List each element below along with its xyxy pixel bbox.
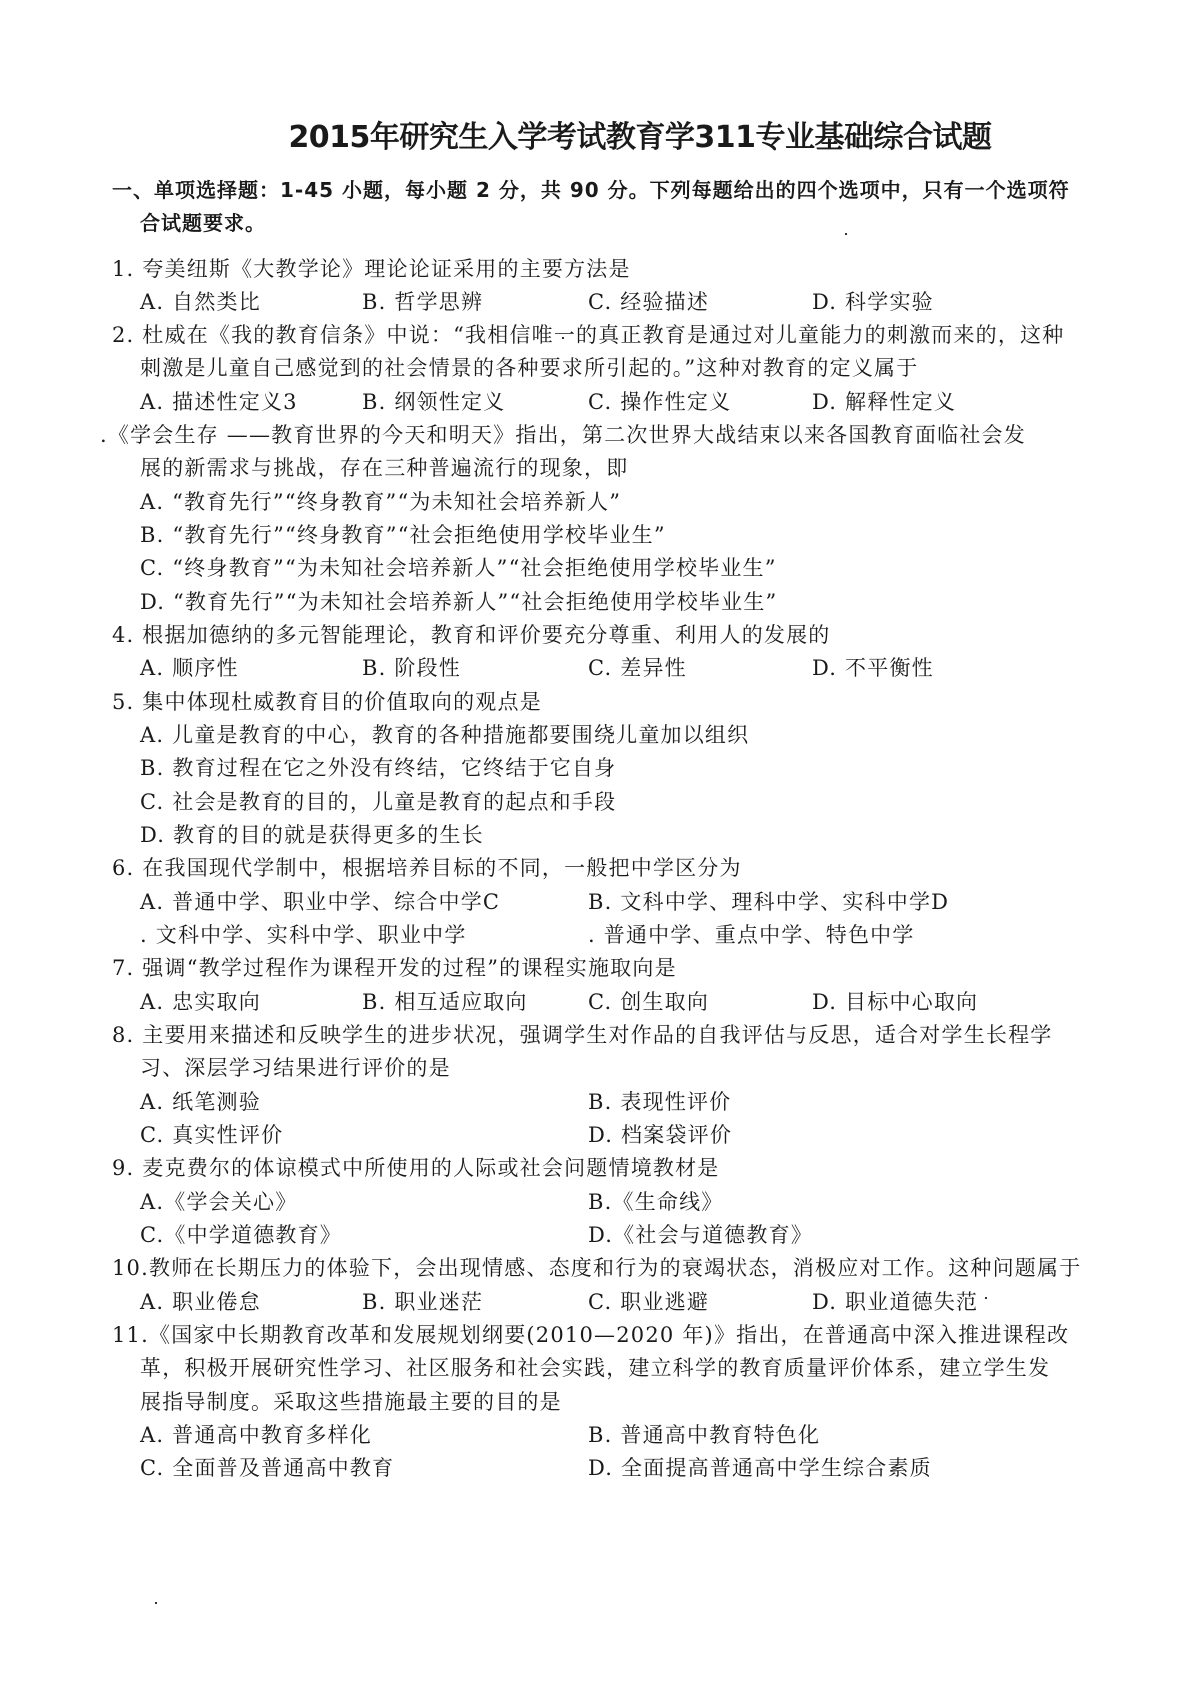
question-5-option-a: A. 儿童是教育的中心，教育的各种措施都要围绕儿童加以组织 <box>140 720 749 750</box>
question-10-option-b: B. 职业迷茫 <box>362 1287 483 1317</box>
question-11-stem-line-1: 11.《国家中长期教育改革和发展规划纲要(2010—2020 年)》指出，在普通… <box>112 1320 1069 1350</box>
question-2-stem-line-1: 2. 杜威在《我的教育信条》中说：“我相信唯一的真正教育是通过对儿童能力的刺激而… <box>112 320 1064 350</box>
question-7-option-a: A. 忠实取向 <box>140 987 261 1017</box>
question-1-option-a: A. 自然类比 <box>140 287 261 317</box>
question-11-option-c: C. 全面普及普通高中教育 <box>140 1453 394 1483</box>
question-9-option-b: B.《生命线》 <box>588 1187 724 1217</box>
question-10-option-d: D. 职业道德失范 <box>812 1287 978 1317</box>
question-10-stem: 10.教师在长期压力的体验下，会出现情感、态度和行为的衰竭状态，消极应对工作。这… <box>112 1253 1081 1283</box>
question-4-option-b: B. 阶段性 <box>362 653 461 683</box>
question-8-stem-line-2: 习、深层学习结果进行评价的是 <box>140 1053 451 1083</box>
scan-speck <box>985 1297 987 1299</box>
question-8-stem-line-1: 8. 主要用来描述和反映学生的进步状况，强调学生对作品的自我评估与反思，适合对学… <box>112 1020 1053 1050</box>
exam-title: 2015年研究生入学考试教育学311专业基础综合试题 <box>0 112 1190 156</box>
question-2-option-d: D. 解释性定义 <box>812 387 956 417</box>
question-8-option-d: D. 档案袋评价 <box>588 1120 732 1150</box>
question-3-option-d: D. “教育先行”“为未知社会培养新人”“社会拒绝使用学校毕业生” <box>140 587 777 617</box>
question-6-option-a: A. 普通中学、职业中学、综合中学C <box>140 887 500 917</box>
question-4-option-d: D. 不平衡性 <box>812 653 934 683</box>
question-5-option-c: C. 社会是教育的目的，儿童是教育的起点和手段 <box>140 787 616 817</box>
question-2-option-b: B. 纲领性定义 <box>362 387 505 417</box>
question-9-option-c: C.《中学道德教育》 <box>140 1220 342 1250</box>
question-3-stem-line-1: .《学会生存 ——教育世界的今天和明天》指出，第二次世界大战结束以来各国教育面临… <box>100 420 1026 450</box>
question-1-option-c: C. 经验描述 <box>588 287 709 317</box>
question-7-option-c: C. 创生取向 <box>588 987 709 1017</box>
question-3-stem-line-2: 展的新需求与挑战，存在三种普遍流行的现象，即 <box>140 453 628 483</box>
question-6-option-d: . 普通中学、重点中学、特色中学 <box>588 920 915 950</box>
question-8-option-a: A. 纸笔测验 <box>140 1087 261 1117</box>
question-11-stem-line-3: 展指导制度。采取这些措施最主要的目的是 <box>140 1387 562 1417</box>
question-4-option-a: A. 顺序性 <box>140 653 239 683</box>
question-4-stem: 4. 根据加德纳的多元智能理论，教育和评价要充分尊重、利用人的发展的 <box>112 620 831 650</box>
question-11-option-d: D. 全面提高普通高中学生综合素质 <box>588 1453 932 1483</box>
question-7-stem: 7. 强调“教学过程作为课程开发的过程”的课程实施取向是 <box>112 953 677 983</box>
question-11-option-b: B. 普通高中教育特色化 <box>588 1420 820 1450</box>
question-8-option-c: C. 真实性评价 <box>140 1120 283 1150</box>
question-1-option-b: B. 哲学思辨 <box>362 287 483 317</box>
question-5-stem: 5. 集中体现杜威教育目的价值取向的观点是 <box>112 687 542 717</box>
question-3-option-a: A. “教育先行”“终身教育”“为未知社会培养新人” <box>140 487 621 517</box>
question-7-option-d: D. 目标中心取向 <box>812 987 978 1017</box>
scan-speck <box>562 337 564 339</box>
exam-page: 2015年研究生入学考试教育学311专业基础综合试题 一、单项选择题：1-45 … <box>0 0 1190 1683</box>
section-instructions-line-1: 一、单项选择题：1-45 小题，每小题 2 分，共 90 分。下列每题给出的四个… <box>112 175 1070 205</box>
question-9-stem: 9. 麦克费尔的体谅模式中所使用的人际或社会问题情境教材是 <box>112 1153 720 1183</box>
scan-speck <box>155 1602 157 1604</box>
question-6-stem: 6. 在我国现代学制中，根据培养目标的不同，一般把中学区分为 <box>112 853 742 883</box>
question-1-option-d: D. 科学实验 <box>812 287 934 317</box>
question-9-option-a: A.《学会关心》 <box>140 1187 297 1217</box>
question-2-stem-line-2: 刺激是儿童自己感觉到的社会情景的各种要求所引起的。”这种对教育的定义属于 <box>140 353 918 383</box>
question-4-option-c: C. 差异性 <box>588 653 687 683</box>
question-7-option-b: B. 相互适应取向 <box>362 987 528 1017</box>
question-3-option-b: B. “教育先行”“终身教育”“社会拒绝使用学校毕业生” <box>140 520 666 550</box>
question-3-option-c: C. “终身教育”“为未知社会培养新人”“社会拒绝使用学校毕业生” <box>140 553 777 583</box>
question-10-option-a: A. 职业倦怠 <box>140 1287 261 1317</box>
question-5-option-d: D. 教育的目的就是获得更多的生长 <box>140 820 484 850</box>
question-6-option-b: B. 文科中学、理科中学、实科中学D <box>588 887 949 917</box>
question-6-option-c: . 文科中学、实科中学、职业中学 <box>140 920 467 950</box>
question-11-option-a: A. 普通高中教育多样化 <box>140 1420 372 1450</box>
question-11-stem-line-2: 革，积极开展研究性学习、社区服务和社会实践，建立科学的教育质量评价体系，建立学生… <box>140 1353 1050 1383</box>
question-5-option-b: B. 教育过程在它之外没有终结，它终结于它自身 <box>140 753 616 783</box>
question-10-option-c: C. 职业逃避 <box>588 1287 709 1317</box>
question-2-option-c: C. 操作性定义 <box>588 387 731 417</box>
question-1-stem: 1. 夸美纽斯《大教学论》理论论证采用的主要方法是 <box>112 254 631 284</box>
section-instructions-line-2: 合试题要求。 <box>140 208 266 238</box>
question-8-option-b: B. 表现性评价 <box>588 1087 731 1117</box>
scan-speck <box>845 233 847 235</box>
question-9-option-d: D.《社会与道德教育》 <box>588 1220 813 1250</box>
question-2-option-a: A. 描述性定义3 <box>140 387 298 417</box>
